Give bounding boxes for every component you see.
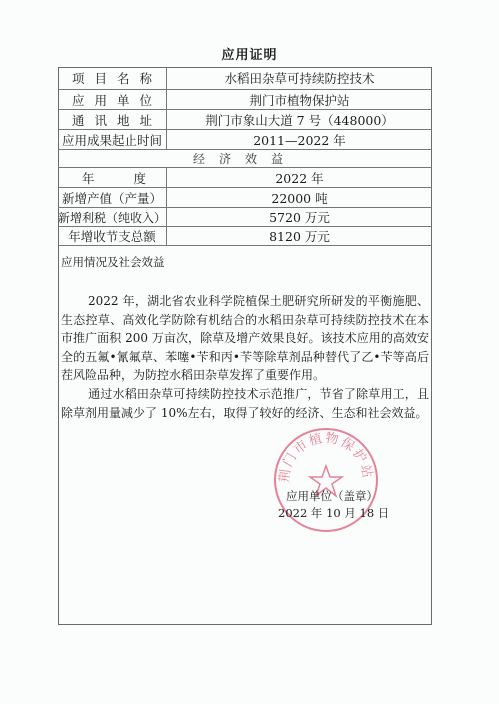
table-row-period: 应用成果起止时间 2011—2022 年 — [58, 130, 432, 150]
table-row-address: 通 讯 地 址 荆门市象山大道 7 号（448000） — [58, 110, 432, 130]
label-address: 通 讯 地 址 — [58, 110, 167, 129]
label-char: 称 — [139, 69, 152, 87]
label-new-output: 新增产值（产量） — [58, 188, 167, 207]
value-new-profit: 5720 万元 — [167, 208, 432, 226]
svg-text:荆门市植物保护站: 荆门市植物保护站 — [277, 430, 375, 483]
label-application-unit: 应 用 单 位 — [58, 90, 167, 109]
value-application-unit: 荆门市植物保护站 — [167, 90, 432, 109]
label-new-profit: 新增利税（纯收入） — [58, 208, 167, 226]
application-paragraph-2: 通过水稻田杂草可持续防控技术示范推广，节省了除草用工，且除草剂用量减少了 10%… — [61, 385, 429, 422]
label-char: 项 — [72, 69, 85, 87]
paragraph-text: 通过水稻田杂草可持续防控技术示范推广，节省了除草用工，且除草剂用量减少了 10%… — [61, 387, 429, 420]
label-char: 位 — [139, 91, 152, 109]
label-period: 应用成果起止时间 — [58, 130, 167, 149]
label-char: 应 — [72, 91, 85, 109]
label-char: 用 — [94, 91, 107, 109]
value-total-savings: 8120 万元 — [167, 227, 432, 245]
value-project-name: 水稻田杂草可持续防控技术 — [167, 67, 432, 89]
label-char: 度 — [133, 169, 146, 187]
label-char: 地 — [117, 111, 130, 129]
value-period: 2011—2022 年 — [167, 130, 432, 149]
label-char: 单 — [117, 91, 130, 109]
signature-unit-label: 应用单位（盖章） — [286, 488, 378, 504]
label-char: 目 — [94, 69, 107, 87]
document-title: 应用证明 — [0, 44, 499, 63]
table-row-total-savings: 年增收节支总额 8120 万元 — [58, 227, 432, 246]
value-year: 2022 年 — [167, 168, 432, 187]
table-row-econ-header: 经济效益 — [58, 150, 432, 168]
application-heading: 应用情况及社会效益 — [61, 254, 165, 270]
table-row-application-unit: 应 用 单 位 荆门市植物保护站 — [58, 90, 432, 110]
signature-date: 2022 年 10 月 18 日 — [278, 505, 389, 521]
label-char: 名 — [117, 69, 130, 87]
paragraph-text: 2022 年，湖北省农业科学院植保土肥研究所研发的平衡施肥、生态控草、高效化学防… — [61, 294, 429, 382]
econ-section-header: 经济效益 — [58, 150, 432, 167]
label-project-name: 项 目 名 称 — [58, 67, 167, 89]
table-row-new-output: 新增产值（产量） 22000 吨 — [58, 188, 432, 208]
application-paragraph-1: 2022 年，湖北省农业科学院植保土肥研究所研发的平衡施肥、生态控草、高效化学防… — [61, 292, 429, 385]
value-new-output: 22000 吨 — [167, 188, 432, 207]
table-row-project-name: 项 目 名 称 水稻田杂草可持续防控技术 — [58, 67, 432, 90]
value-address: 荆门市象山大道 7 号（448000） — [167, 110, 432, 129]
table-row-year: 年 度 2022 年 — [58, 168, 432, 188]
label-char: 年 — [82, 169, 95, 187]
label-year: 年 度 — [58, 168, 167, 187]
label-char: 通 — [72, 111, 85, 129]
label-total-savings: 年增收节支总额 — [58, 227, 167, 245]
table-row-new-profit: 新增利税（纯收入） 5720 万元 — [58, 208, 432, 227]
label-char: 讯 — [94, 111, 107, 129]
label-char: 址 — [139, 111, 152, 129]
